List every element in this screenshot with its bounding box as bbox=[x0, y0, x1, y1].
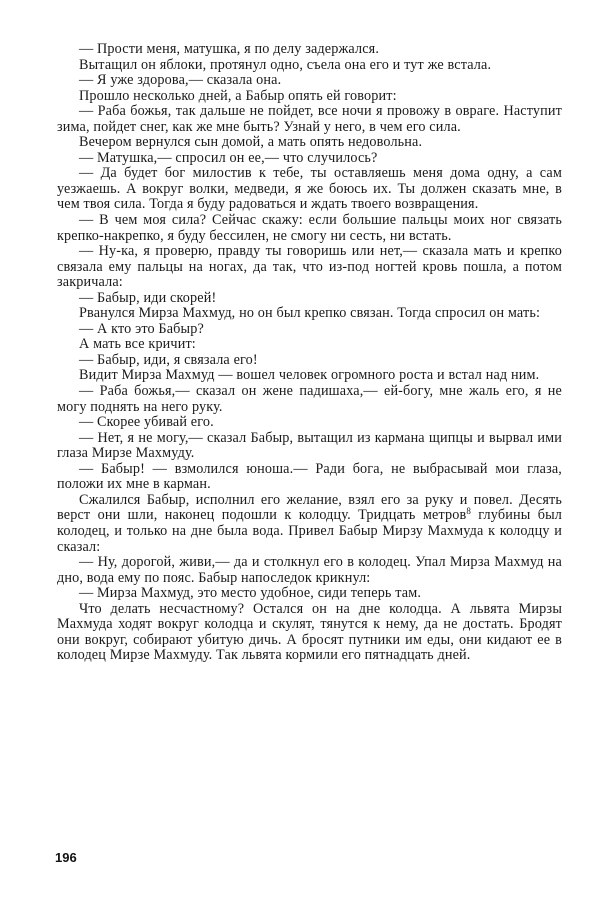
paragraph: Рванулся Мирза Махмуд, но он был крепко … bbox=[57, 306, 562, 322]
paragraph: — Мирза Махмуд, это место удобное, сиди … bbox=[57, 586, 562, 602]
paragraph: — Да будет бог милостив к тебе, ты остав… bbox=[57, 166, 562, 213]
paragraph: — А кто это Бабыр? bbox=[57, 322, 562, 338]
paragraph-with-footnote: Сжалился Бабыр, исполнил его желание, вз… bbox=[57, 493, 562, 555]
paragraph: А мать все кричит: bbox=[57, 337, 562, 353]
paragraph: Вытащил он яблоки, протянул одно, съела … bbox=[57, 58, 562, 74]
paragraph: Что делать несчастному? Остался он на дн… bbox=[57, 602, 562, 664]
paragraph: — В чем моя сила? Сейчас скажу: если бол… bbox=[57, 213, 562, 244]
paragraph: — Матушка,— спросил он ее,— что случилос… bbox=[57, 151, 562, 167]
paragraph: — Раба божья, так дальше не пойдет, все … bbox=[57, 104, 562, 135]
paragraph: — Я уже здорова,— сказала она. bbox=[57, 73, 562, 89]
paragraph: — Ну-ка, я проверю, правду ты говоришь и… bbox=[57, 244, 562, 291]
paragraph: Вечером вернулся сын домой, а мать опять… bbox=[57, 135, 562, 151]
paragraph: — Бабыр! — взмолился юноша.— Ради бога, … bbox=[57, 462, 562, 493]
paragraph: — Бабыр, иди скорей! bbox=[57, 291, 562, 307]
paragraph: — Прости меня, матушка, я по делу задерж… bbox=[57, 42, 562, 58]
book-page: — Прости меня, матушка, я по делу задерж… bbox=[57, 42, 562, 664]
paragraph: — Нет, я не могу,— сказал Бабыр, вытащил… bbox=[57, 431, 562, 462]
paragraph: — Ну, дорогой, живи,— да и столкнул его … bbox=[57, 555, 562, 586]
paragraph: Прошло несколько дней, а Бабыр опять ей … bbox=[57, 89, 562, 105]
paragraph: — Раба божья,— сказал он жене падишаха,—… bbox=[57, 384, 562, 415]
paragraph: — Бабыр, иди, я связала его! bbox=[57, 353, 562, 369]
paragraph: — Скорее убивай его. bbox=[57, 415, 562, 431]
paragraph: Видит Мирза Махмуд — вошел человек огром… bbox=[57, 368, 562, 384]
page-number: 196 bbox=[55, 850, 77, 865]
